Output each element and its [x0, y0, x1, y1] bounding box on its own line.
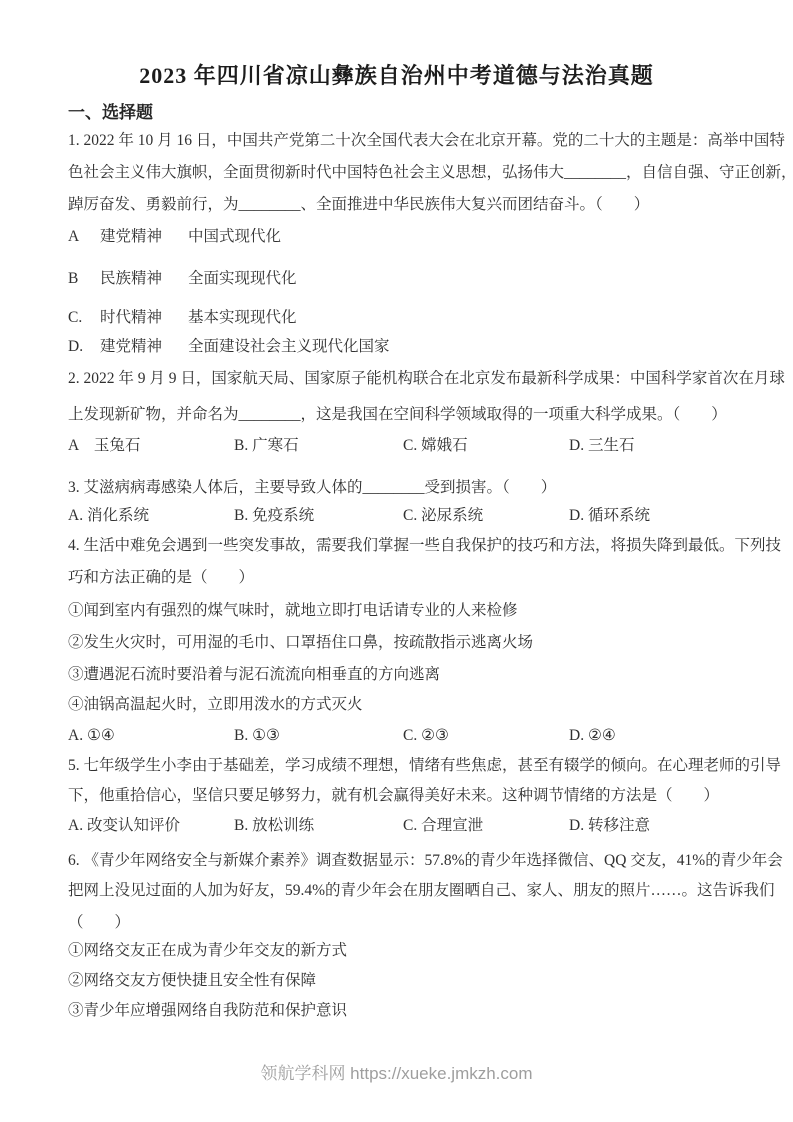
option-label: D.: [68, 336, 100, 358]
option-b: B. ①③: [234, 725, 403, 747]
question-4-stem-line: 巧和方法正确的是（ ）: [68, 567, 780, 589]
question-5-stem-line: 下，他重拾信心，坚信只要足够努力，就有机会赢得美好未来。这种调节情绪的方法是（ …: [68, 785, 780, 807]
question-1-option-a: A建党精神中国式现代化: [68, 226, 780, 248]
question-6-stem-line: （ ）: [68, 912, 780, 934]
question-6-item: ③青少年应增强网络自我防范和保护意识: [68, 1000, 780, 1022]
question-6-item: ②网络交友方便快捷且安全性有保障: [68, 970, 780, 992]
option-d: D. ②④: [569, 725, 780, 747]
question-3-options: A. 消化系统 B. 免疫系统 C. 泌尿系统 D. 循环系统: [68, 505, 780, 527]
footer-watermark: 领航学科网 https://xueke.jmkzh.com: [0, 1062, 793, 1086]
question-5-stem-line: 5. 七年级学生小李由于基础差，学习成绩不理想，情绪有些焦虑，甚至有辍学的倾向。…: [68, 755, 780, 777]
question-1-stem-line: 1. 2022 年 10 月 16 日，中国共产党第二十次全国代表大会在北京开幕…: [68, 130, 780, 152]
question-1-stem-line: 踔厉奋发、勇毅前行，为________、全面推进中华民族伟大复兴而团结奋斗。（ …: [68, 194, 780, 216]
option-b: B. 放松训练: [234, 815, 403, 837]
option-value: 全面实现现代化: [188, 270, 297, 287]
question-1-option-d: D.建党精神全面建设社会主义现代化国家: [68, 336, 780, 358]
option-d: D. 转移注意: [569, 815, 780, 837]
section-heading: 一、选择题: [68, 100, 153, 126]
option-term: 建党精神: [100, 226, 188, 248]
question-4-stem-line: 4. 生活中难免会遇到一些突发事故，需要我们掌握一些自我保护的技巧和方法，将损失…: [68, 535, 780, 557]
question-2-stem-line: 2. 2022 年 9 月 9 日，国家航天局、国家原子能机构联合在北京发布最新…: [68, 368, 780, 390]
page-title: 2023 年四川省凉山彝族自治州中考道德与法治真题: [0, 62, 793, 90]
question-2-options: A 玉兔石 B. 广寒石 C. 嫦娥石 D. 三生石: [68, 435, 780, 457]
question-6-stem-line: 6. 《青少年网络安全与新媒介素养》调查数据显示：57.8%的青少年选择微信、Q…: [68, 850, 780, 872]
option-label: B: [68, 268, 100, 290]
question-6-stem-line: 把网上没见过面的人加为好友，59.4%的青少年会在朋友圈晒自己、家人、朋友的照片…: [68, 880, 780, 902]
question-4-options: A. ①④ B. ①③ C. ②③ D. ②④: [68, 725, 780, 747]
option-c: C. 合理宣泄: [403, 815, 569, 837]
question-4-item: ③遭遇泥石流时要沿着与泥石流流向相垂直的方向逃离: [68, 664, 780, 686]
option-d: D. 循环系统: [569, 505, 780, 527]
option-c: C. 嫦娥石: [403, 435, 569, 457]
option-value: 全面建设社会主义现代化国家: [188, 338, 390, 355]
question-2-stem-line: 上发现新矿物，并命名为________，这是我国在空间科学领域取得的一项重大科学…: [68, 404, 780, 426]
option-value: 中国式现代化: [188, 228, 281, 245]
option-value: 基本实现现代化: [188, 309, 297, 326]
option-term: 建党精神: [100, 336, 188, 358]
option-label: C.: [68, 307, 100, 329]
question-5-options: A. 改变认知评价 B. 放松训练 C. 合理宣泄 D. 转移注意: [68, 815, 780, 837]
option-label: A: [68, 226, 100, 248]
option-a: A 玉兔石: [68, 435, 234, 457]
option-term: 时代精神: [100, 307, 188, 329]
question-1-stem-line: 色社会主义伟大旗帜，全面贯彻新时代中国特色社会主义思想，弘扬伟大________…: [68, 162, 780, 184]
question-1-option-b: B民族精神全面实现现代化: [68, 268, 780, 290]
exam-document-page: 2023 年四川省凉山彝族自治州中考道德与法治真题 一、选择题 1. 2022 …: [0, 0, 793, 1122]
option-term: 民族精神: [100, 268, 188, 290]
option-a: A. 消化系统: [68, 505, 234, 527]
question-3-stem-line: 3. 艾滋病病毒感染人体后，主要导致人体的________受到损害。（ ）: [68, 477, 780, 499]
question-4-item: ②发生火灾时，可用湿的毛巾、口罩捂住口鼻，按疏散指示逃离火场: [68, 632, 780, 654]
option-a: A. 改变认知评价: [68, 815, 234, 837]
question-4-item: ④油锅高温起火时，立即用泼水的方式灭火: [68, 694, 780, 716]
option-c: C. 泌尿系统: [403, 505, 569, 527]
option-b: B. 免疫系统: [234, 505, 403, 527]
option-b: B. 广寒石: [234, 435, 403, 457]
option-d: D. 三生石: [569, 435, 780, 457]
question-4-item: ①闻到室内有强烈的煤气味时，就地立即打电话请专业的人来检修: [68, 600, 780, 622]
question-6-item: ①网络交友正在成为青少年交友的新方式: [68, 940, 780, 962]
option-a: A. ①④: [68, 725, 234, 747]
option-c: C. ②③: [403, 725, 569, 747]
question-1-option-c: C.时代精神基本实现现代化: [68, 307, 780, 329]
